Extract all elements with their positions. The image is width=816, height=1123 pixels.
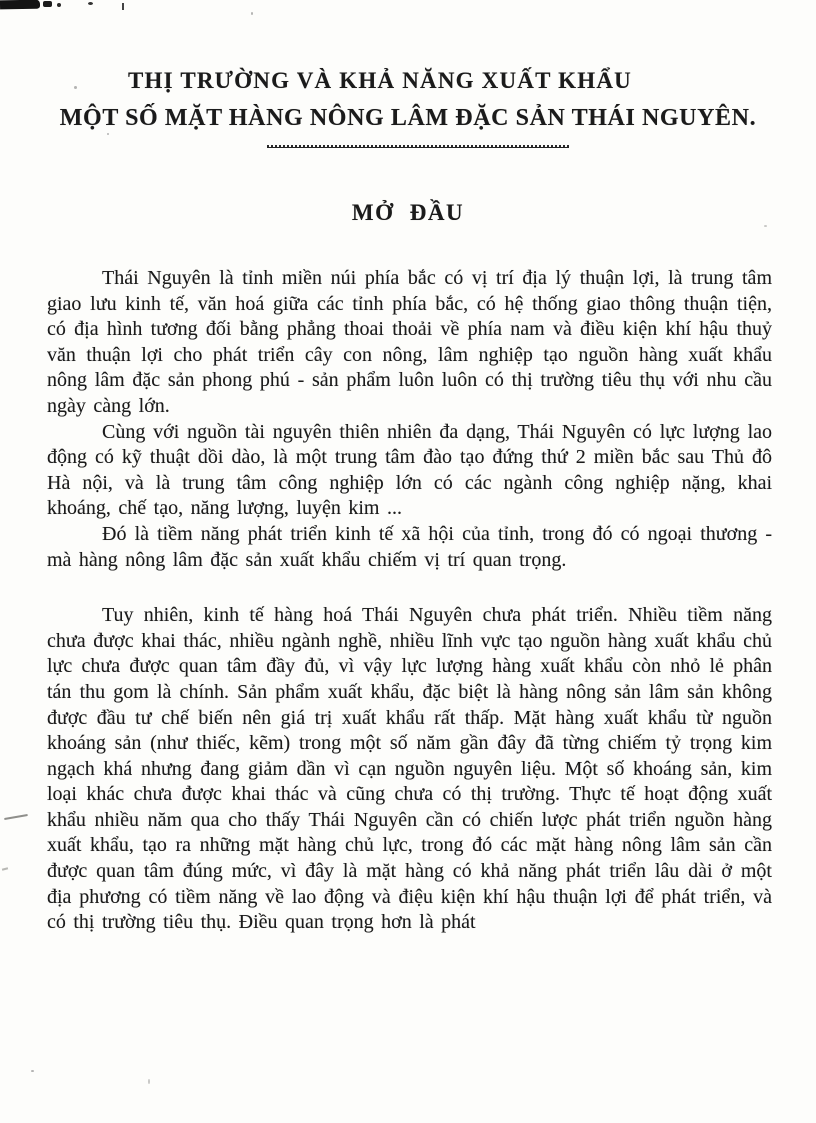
margin-pen-mark [4, 814, 28, 820]
document-title-line1: THỊ TRƯỜNG VÀ KHẢ NĂNG XUẤT KHẨU [0, 68, 788, 94]
section-heading-mo-dau: MỞ ĐẦU [0, 200, 816, 226]
document-title-line2: MỘT SỐ MẶT HÀNG NÔNG LÂM ĐẶC SẢN THÁI NG… [0, 105, 816, 132]
paragraph-3: Đó là tiềm năng phát triển kinh tế xã hộ… [47, 522, 772, 573]
scan-speckle [148, 1079, 150, 1084]
scanned-document-page: THỊ TRƯỜNG VÀ KHẢ NĂNG XUẤT KHẨU MỘT SỐ … [0, 0, 816, 1123]
title-underline-rule [267, 145, 569, 148]
paragraph-1: Thái Nguyên là tỉnh miền núi phía bắc có… [47, 266, 772, 420]
margin-pen-mark [2, 867, 8, 870]
document-title-block: THỊ TRƯỜNG VÀ KHẢ NĂNG XUẤT KHẨU MỘT SỐ … [0, 0, 816, 148]
scan-speckle [31, 1070, 34, 1072]
paragraph-4: Tuy nhiên, kinh tế hàng hoá Thái Nguyên … [47, 603, 772, 936]
document-body: Thái Nguyên là tỉnh miền núi phía bắc có… [47, 266, 772, 936]
paragraph-2: Cùng với nguồn tài nguyên thiên nhiên đa… [47, 420, 772, 522]
